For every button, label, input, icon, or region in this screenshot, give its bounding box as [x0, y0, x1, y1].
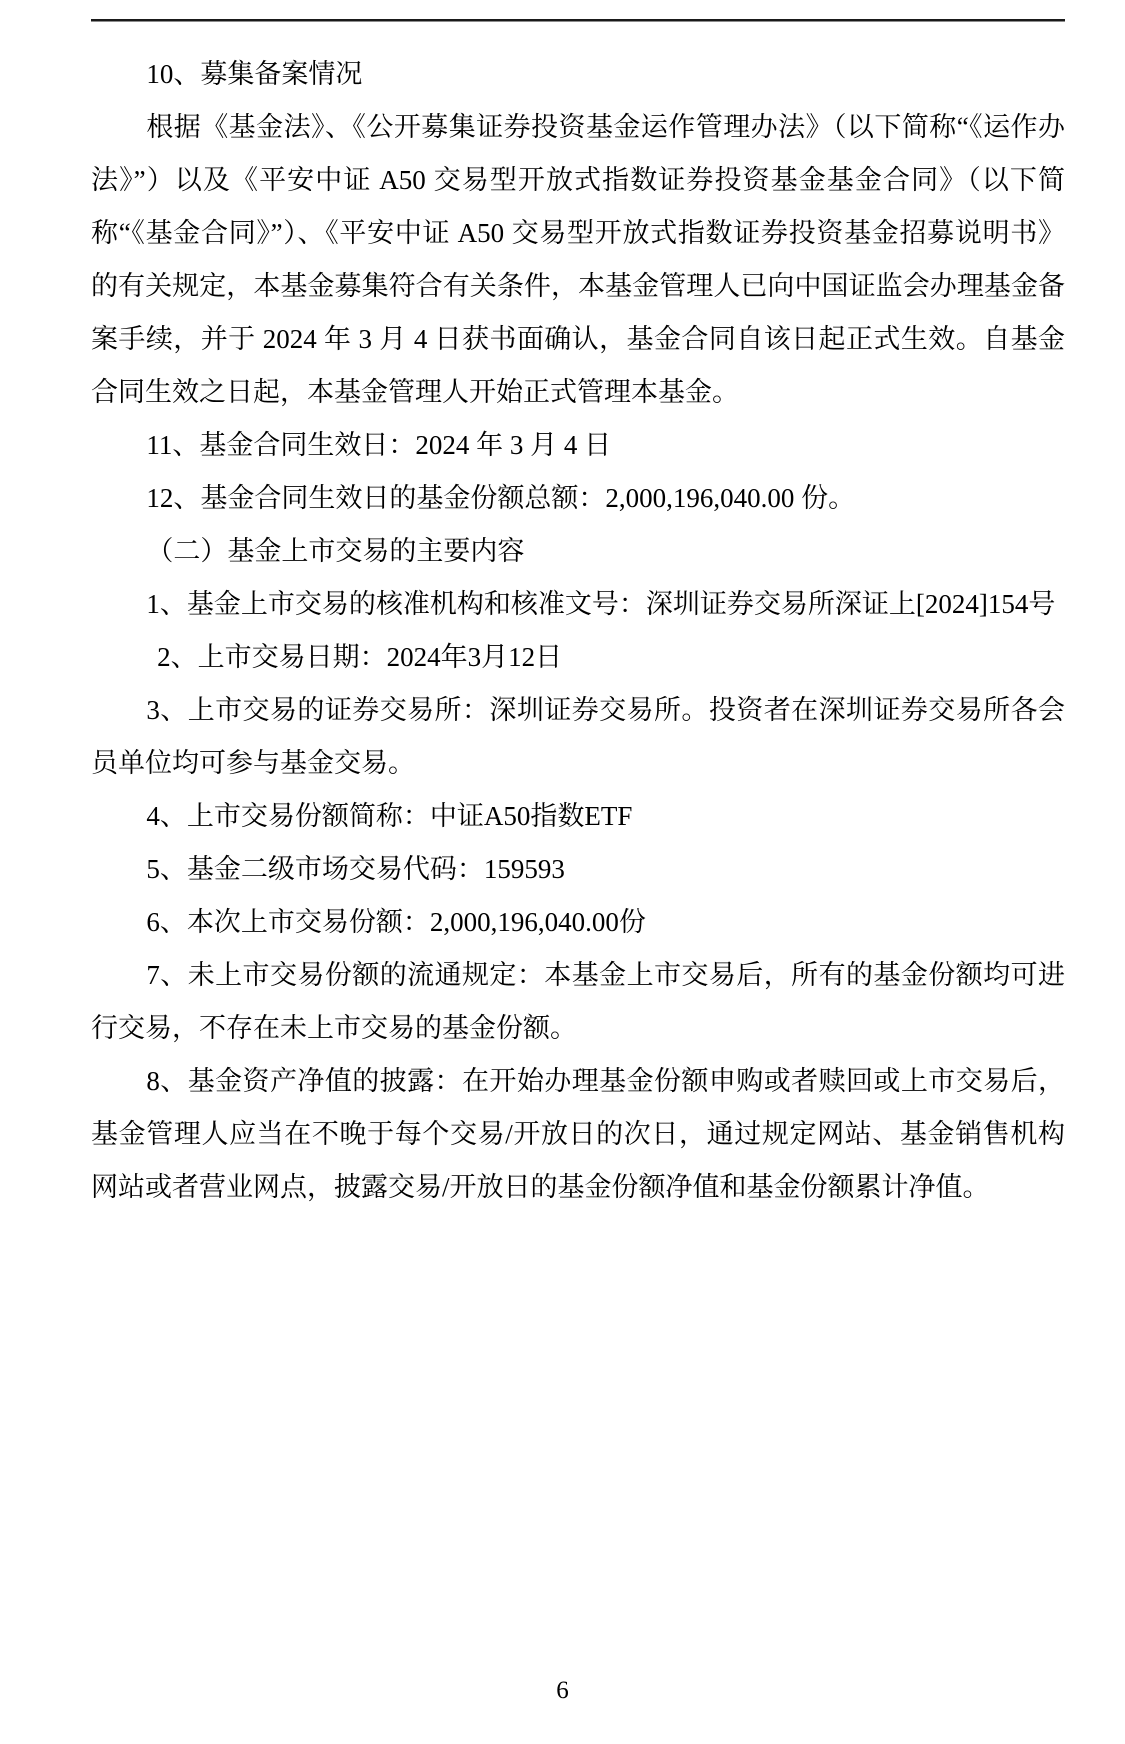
list-item-5-trading-code: 5、基金二级市场交易代码：159593 — [91, 843, 1065, 896]
section-heading-10: 10、募集备案情况 — [91, 48, 1065, 101]
list-item-6-listed-shares: 6、本次上市交易份额：2,000,196,040.00份 — [91, 896, 1065, 949]
header-rule-divider — [91, 19, 1065, 21]
list-item-3-stock-exchange: 3、上市交易的证券交易所：深圳证券交易所。投资者在深圳证券交易所各会员单位均可参… — [91, 684, 1065, 790]
page-number: 6 — [0, 1676, 1125, 1706]
list-item-2-listing-date: 2、上市交易日期：2024年3月12日 — [91, 631, 1065, 684]
document-body: 10、募集备案情况 根据《基金法》、《公开募集证券投资基金运作管理办法》（以下简… — [91, 48, 1065, 1214]
list-item-1-approval-authority: 1、基金上市交易的核准机构和核准文号：深圳证券交易所深证上[2024]154号 — [91, 578, 1065, 631]
list-item-4-share-short-name: 4、上市交易份额简称：中证A50指数ETF — [91, 790, 1065, 843]
document-page: 10、募集备案情况 根据《基金法》、《公开募集证券投资基金运作管理办法》（以下简… — [0, 0, 1125, 1744]
list-item-7-unlisted-shares-rule: 7、未上市交易份额的流通规定：本基金上市交易后，所有的基金份额均可进行交易，不存… — [91, 949, 1065, 1055]
list-item-12-total-fund-shares: 12、基金合同生效日的基金份额总额：2,000,196,040.00 份。 — [91, 472, 1065, 525]
list-item-8-nav-disclosure: 8、基金资产净值的披露：在开始办理基金份额申购或者赎回或上市交易后，基金管理人应… — [91, 1055, 1065, 1214]
list-item-11-contract-effective-date: 11、基金合同生效日：2024 年 3 月 4 日 — [91, 419, 1065, 472]
section-heading-listing-contents: （二）基金上市交易的主要内容 — [91, 525, 1065, 578]
paragraph-filing-registration: 根据《基金法》、《公开募集证券投资基金运作管理办法》（以下简称“《运作办法》”）… — [91, 101, 1065, 419]
